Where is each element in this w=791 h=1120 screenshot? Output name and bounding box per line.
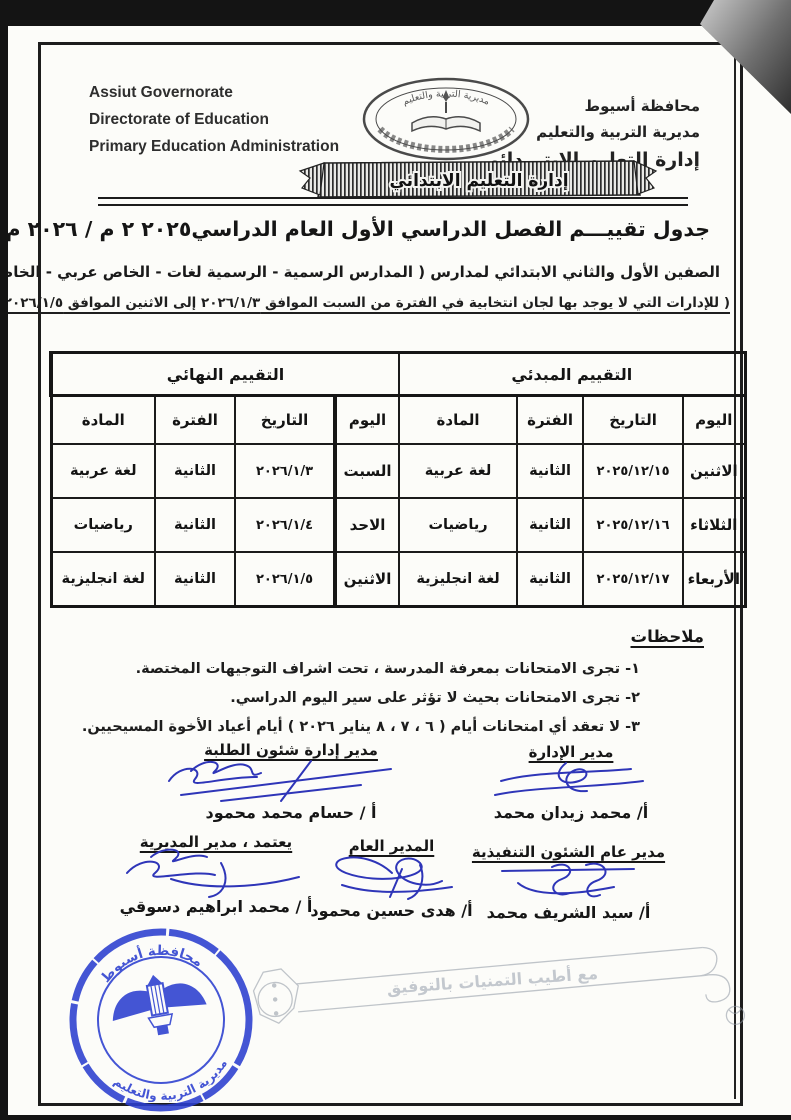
signature-scribble [474,857,664,905]
col-header-date: التاريخ [583,396,683,445]
document-subtitle: الصفين الأول والثاني الابتدائي لمدارس ( … [51,263,720,281]
note-item: ١- تجرى الامتحانات بمعرفة المدرسة ، تحت … [81,655,640,684]
cell-final-period: الثانية [155,444,235,498]
cell-initial-date: ٢٠٢٥/١٢/١٥ [583,444,683,498]
cell-final-date: ٢٠٢٦/١/٥ [235,552,335,607]
page-border-frame: Assiut Governorate Directorate of Educat… [38,42,743,1106]
cell-initial-subject: لغة انجليزية [399,552,517,607]
cell-initial-date: ٢٠٢٥/١٢/١٧ [583,552,683,607]
signature-name: أ / حسام محمد محمود [141,803,441,822]
signature-name: أ/ محمد زيدان محمد [461,803,681,822]
signature-scribble [161,755,421,805]
col-header-day: اليوم [683,396,745,445]
cell-final-day: الاحد [335,498,399,552]
group-header-final: التقييم النهائي [51,353,399,396]
good-wishes-watermark: مع أطيب التمنيات بالتوفيق [236,923,786,1088]
cell-initial-period: الثانية [517,444,583,498]
table-row: الأربعاء ٢٠٢٥/١٢/١٧ الثانية لغة انجليزية… [51,552,745,607]
col-header-period: الفترة [155,396,235,445]
cell-final-day: السبت [335,444,399,498]
cell-final-period: الثانية [155,498,235,552]
cell-initial-subject: رياضيات [399,498,517,552]
signature-block-directorate-director: يعتمد ، مدير المديرية أ / محمد ابراهيم د… [96,833,336,916]
scope-note: ( للإدارات التي لا يوجد بها لجان انتخابي… [47,295,730,311]
document-title: جدول تقييـــم الفصل الدراسي الأول العام … [61,217,710,241]
signature-name: أ / محمد ابراهيم دسوقي [96,897,336,916]
logo-ribbon: إدارة التعليم الابتدائي [300,161,656,197]
stamp-eagle-emblem [107,968,210,1042]
cell-initial-period: الثانية [517,552,583,607]
signature-scribble [481,757,661,805]
official-round-stamp: محافظة أسيوط مديرية التربية والتعليم [56,923,266,1118]
signature-block-admin-director: مدير الإدارة أ/ محمد زيدان محمد [461,743,681,822]
cell-initial-period: الثانية [517,498,583,552]
cell-final-subject: لغة عربية [51,444,155,498]
col-header-subject: المادة [51,396,155,445]
table-row: الثلاثاء ٢٠٢٥/١٢/١٦ الثانية رياضيات الاح… [51,498,745,552]
col-header-date: التاريخ [235,396,335,445]
cell-final-day: الاثنين [335,552,399,607]
note-item: ٣- لا تعقد أي امتحانات أيام ( ٦ ، ٧ ، ٨ … [81,713,640,742]
watermark-text: مع أطيب التمنيات بالتوفيق [386,963,598,998]
cell-initial-day: الأربعاء [683,552,745,607]
table-row: الاثنين ٢٠٢٥/١٢/١٥ الثانية لغة عربية الس… [51,444,745,498]
cell-final-subject: رياضيات [51,498,155,552]
cell-initial-subject: لغة عربية [399,444,517,498]
col-header-subject: المادة [399,396,517,445]
col-header-day: اليوم [335,396,399,445]
directorate-logo: مديرية التربية والتعليم إدارة التعليم ال… [296,75,661,217]
signature-scribble [111,847,321,899]
banner-scroll-end [705,973,731,1002]
cell-initial-day: الاثنين [683,444,745,498]
document-page: Assiut Governorate Directorate of Educat… [8,26,791,1115]
cell-final-subject: لغة انجليزية [51,552,155,607]
col-header-period: الفترة [517,396,583,445]
signature-block-student-affairs: مدير إدارة شئون الطلبة أ / حسام محمد محم… [141,741,441,822]
cell-final-date: ٢٠٢٦/١/٤ [235,498,335,552]
header-divider-rule [98,197,688,206]
notes-heading: ملاحظات [631,627,705,646]
cell-initial-day: الثلاثاء [683,498,745,552]
cell-initial-date: ٢٠٢٥/١٢/١٦ [583,498,683,552]
cell-final-period: الثانية [155,552,235,607]
group-header-initial: التقييم المبدئي [399,353,745,396]
evaluation-schedule-table: التقييم المبدئي التقييم النهائي اليوم ال… [49,351,747,608]
notes-list: ١- تجرى الامتحانات بمعرفة المدرسة ، تحت … [81,655,640,742]
note-item: ٢- تجرى الامتحانات بحيث لا تؤثر على سير … [81,684,640,713]
cell-final-date: ٢٠٢٦/١/٣ [235,444,335,498]
logo-ribbon-text: إدارة التعليم الابتدائي [389,171,568,191]
laurel-wreath [380,129,512,149]
